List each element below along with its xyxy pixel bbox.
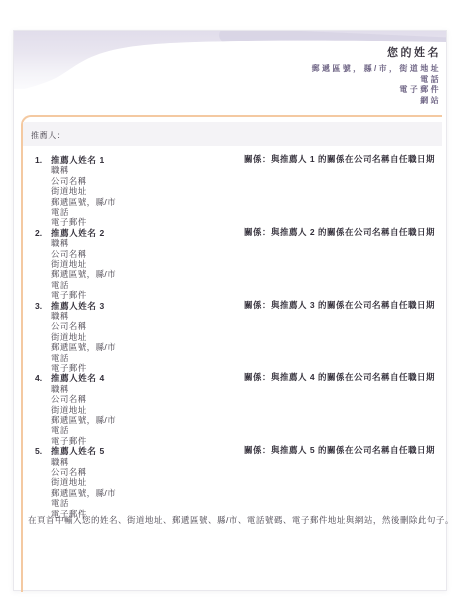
entry-number: 1. <box>35 155 51 165</box>
reference-relationship: 關係：與推薦人 1 的關係在公司名稱自任職日期 <box>244 154 435 164</box>
reference-company: 公司名稱 <box>51 321 442 331</box>
references-label: 推薦人： <box>31 131 65 140</box>
reference-company: 公司名稱 <box>51 467 442 477</box>
reference-job-title: 職稱 <box>51 311 442 321</box>
reference-phone: 電話 <box>51 498 442 508</box>
name-heading: 您的姓名 <box>312 44 441 60</box>
reference-city-zip: 郵遞區號，縣/市 <box>51 415 442 425</box>
reference-phone: 電話 <box>51 280 442 290</box>
reference-relationship: 關係：與推薦人 5 的關係在公司名稱自任職日期 <box>244 445 435 455</box>
reference-company: 公司名稱 <box>51 176 442 186</box>
reference-email: 電子郵件 <box>51 509 442 519</box>
reference-name: 推薦人姓名 3 <box>51 301 105 311</box>
reference-name: 推薦人姓名 5 <box>51 446 105 456</box>
reference-entry-5: 5.推薦人姓名 5 職稱 公司名稱 街道地址 郵遞區號，縣/市 電話 電子郵件 … <box>23 445 442 518</box>
entry-number: 4. <box>35 373 51 383</box>
reference-entry-1: 1.推薦人姓名 1 職稱 公司名稱 街道地址 郵遞區號，縣/市 電話 電子郵件 … <box>23 154 442 227</box>
reference-job-title: 職稱 <box>51 457 442 467</box>
reference-phone: 電話 <box>51 425 442 435</box>
reference-relationship: 關係：與推薦人 4 的關係在公司名稱自任職日期 <box>244 372 435 382</box>
reference-company: 公司名稱 <box>51 249 442 259</box>
entry-number: 3. <box>35 301 51 311</box>
reference-entry-2: 2.推薦人姓名 2 職稱 公司名稱 街道地址 郵遞區號，縣/市 電話 電子郵件 … <box>23 227 442 300</box>
reference-phone: 電話 <box>51 353 442 363</box>
entry-number: 2. <box>35 228 51 238</box>
references-label-row: 推薦人： <box>23 122 442 146</box>
address-line: 郵遞區號，縣/市，街道地址 <box>312 64 441 75</box>
email-line: 電子郵件 <box>312 85 441 96</box>
references-list: 1.推薦人姓名 1 職稱 公司名稱 街道地址 郵遞區號，縣/市 電話 電子郵件 … <box>23 154 442 518</box>
document-page: 您的姓名 郵遞區號，縣/市，街道地址 電話 電子郵件 網站 推薦人： 1.推薦人… <box>13 30 447 591</box>
reference-city-zip: 郵遞區號，縣/市 <box>51 488 442 498</box>
reference-job-title: 職稱 <box>51 238 442 248</box>
reference-entry-3: 3.推薦人姓名 3 職稱 公司名稱 街道地址 郵遞區號，縣/市 電話 電子郵件 … <box>23 300 442 373</box>
reference-street: 街道地址 <box>51 405 442 415</box>
reference-company: 公司名稱 <box>51 394 442 404</box>
reference-street: 街道地址 <box>51 332 442 342</box>
reference-phone: 電話 <box>51 207 442 217</box>
website-line: 網站 <box>312 96 441 107</box>
reference-name: 推薦人姓名 4 <box>51 373 105 383</box>
reference-entry-4: 4.推薦人姓名 4 職稱 公司名稱 街道地址 郵遞區號，縣/市 電話 電子郵件 … <box>23 372 442 445</box>
reference-name: 推薦人姓名 2 <box>51 228 105 238</box>
reference-street: 街道地址 <box>51 259 442 269</box>
reference-street: 街道地址 <box>51 477 442 487</box>
entry-number: 5. <box>35 446 51 456</box>
reference-street: 街道地址 <box>51 186 442 196</box>
reference-city-zip: 郵遞區號，縣/市 <box>51 197 442 207</box>
reference-relationship: 關係：與推薦人 3 的關係在公司名稱自任職日期 <box>244 300 435 310</box>
reference-city-zip: 郵遞區號，縣/市 <box>51 269 442 279</box>
reference-job-title: 職稱 <box>51 384 442 394</box>
contact-block: 您的姓名 郵遞區號，縣/市，街道地址 電話 電子郵件 網站 <box>312 44 441 106</box>
reference-city-zip: 郵遞區號，縣/市 <box>51 342 442 352</box>
phone-line: 電話 <box>312 75 441 86</box>
references-section: 推薦人： 1.推薦人姓名 1 職稱 公司名稱 街道地址 郵遞區號，縣/市 電話 … <box>21 115 442 592</box>
reference-job-title: 職稱 <box>51 165 442 175</box>
reference-name: 推薦人姓名 1 <box>51 155 105 165</box>
reference-relationship: 關係：與推薦人 2 的關係在公司名稱自任職日期 <box>244 227 435 237</box>
